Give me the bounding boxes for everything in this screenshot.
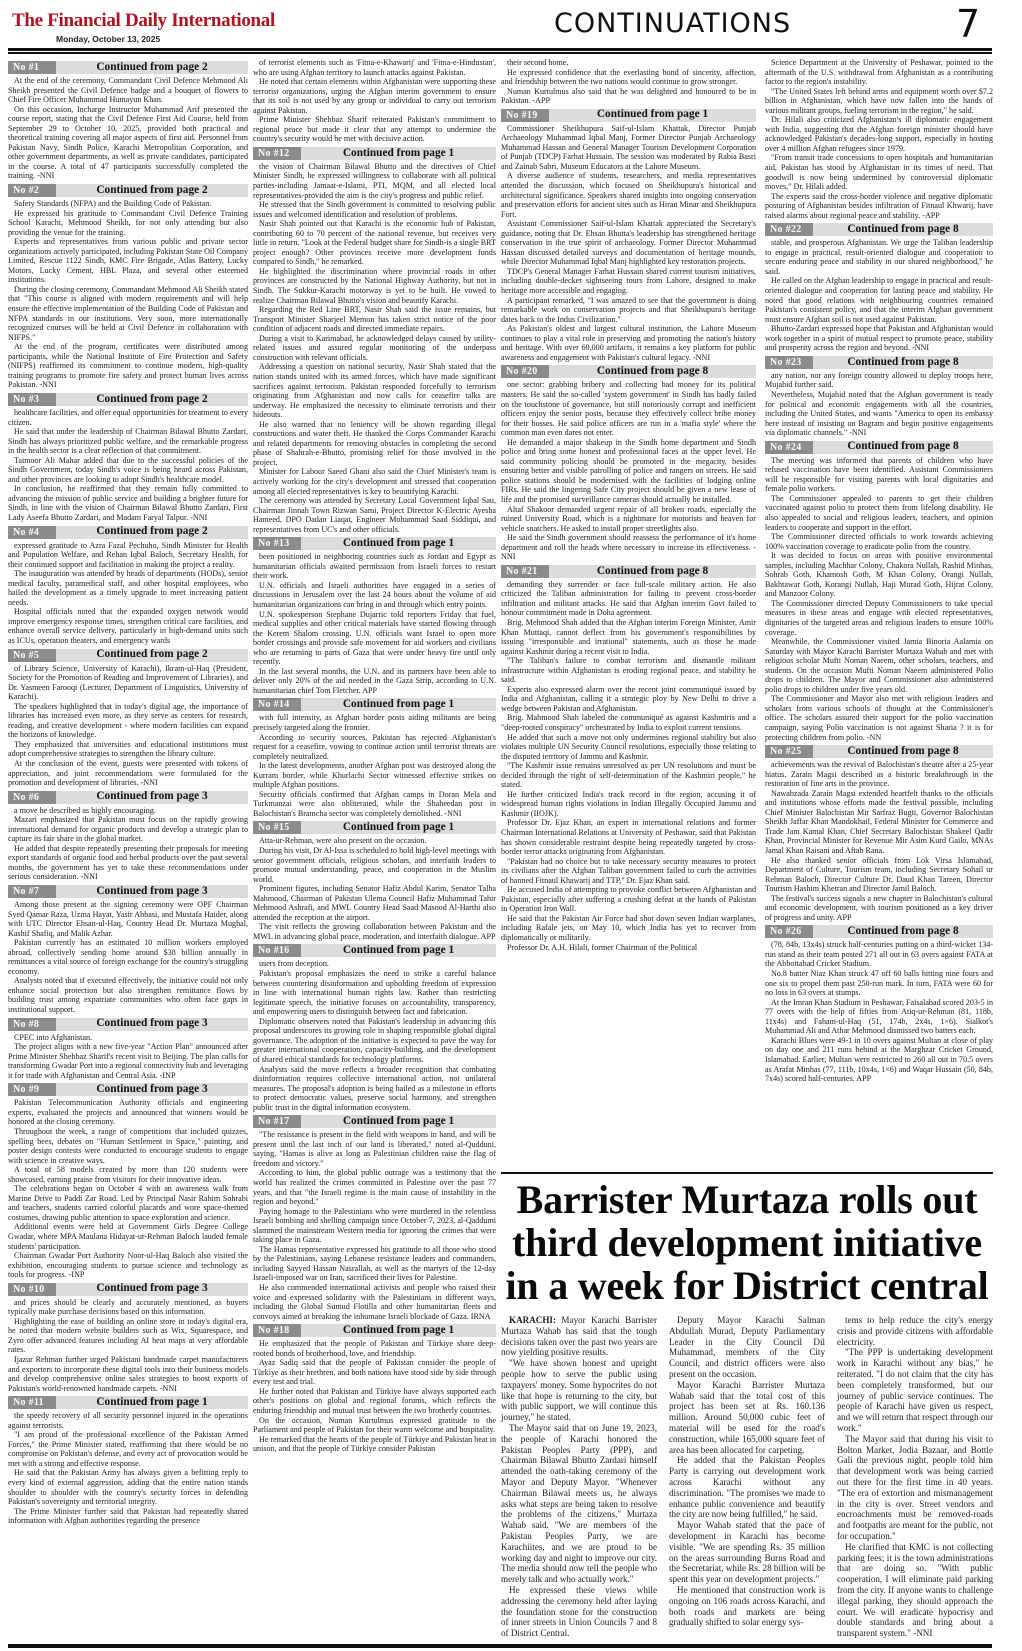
lead-paragraph: "From transit trade concessions to open … [765, 153, 993, 191]
continuation-header: No #16Continued from page 1 [253, 944, 496, 957]
lead-paragraph: "The United States left behind arms and … [765, 87, 993, 116]
article-paragraph: demanding they surrender or face full-sc… [501, 580, 756, 618]
article-paragraph: with full intensity, as Afghan border po… [253, 713, 496, 732]
continuation-header: No #17Continued from page 1 [253, 1115, 496, 1128]
continuation-number: No #6 [8, 791, 56, 804]
article-paragraph: and prices should be clearly and accurat… [8, 1298, 248, 1317]
article-paragraph: Brig. Mahmood Shah labeled the communiqu… [501, 713, 756, 732]
continued-from-label: Continued from page 8 [813, 358, 993, 368]
lead-paragraph: He noted that certain elements within Af… [253, 77, 496, 115]
article-paragraph: He also warned that no leniency will be … [253, 420, 496, 468]
lead-paragraph: The experts said the cross-border violen… [765, 192, 993, 221]
continuation-header: No #5Continued from page 2 [8, 649, 248, 662]
article-paragraph: Hospital officials noted that the expand… [8, 607, 248, 645]
lead-paragraph: Numan Kurtulmus also said that he was de… [501, 87, 756, 106]
article-paragraph: "I am proud of the professional excellen… [8, 1430, 248, 1468]
story-paragraph: Mayor Karachi Barrister Murtaza Wahab sa… [669, 1380, 825, 1456]
continued-from-label: Continued from page 3 [56, 792, 248, 802]
article-paragraph: During a visit to Karimabad, he acknowle… [253, 334, 496, 363]
continuation-number: No #15 [253, 821, 301, 834]
article-paragraph: Nasir Shah pointed out that Karachi is t… [253, 219, 496, 267]
article-paragraph: He highlighted the discrimination where … [253, 267, 496, 305]
continuation-number: No #2 [8, 184, 56, 197]
continuation-number: No #21 [501, 565, 549, 578]
article-paragraph: A diverse audience of students, research… [501, 171, 756, 219]
article-paragraph: the speedy recovery of all security pers… [8, 1411, 248, 1430]
continued-from-label: Continued from page 1 [301, 1326, 496, 1336]
lead-paragraph: of terrorist elements such as 'Fitna-e-K… [253, 58, 496, 77]
continued-from-label: Continued from page 2 [56, 186, 248, 196]
continued-from-label: Continued from page 1 [301, 539, 496, 549]
article-paragraph: In conclusion, he reaffirmed that they r… [8, 484, 248, 522]
continued-from-label: Continued from page 1 [301, 149, 496, 159]
story-paragraph: He mentioned that construction work is o… [669, 1585, 825, 1628]
continuation-header: No #19Continued from page 1 [501, 109, 756, 122]
article-paragraph: U.N. officials and Israeli authorities h… [253, 581, 496, 610]
continuation-number: No #17 [253, 1115, 301, 1128]
article-paragraph: Among those present at the signing cerem… [8, 900, 248, 938]
article-paragraph: Altaf Shakoor demanded urgent repair of … [501, 505, 756, 534]
article-paragraph: "Pakistan had no choice but to take nece… [501, 857, 756, 886]
article-paragraph: Additional events were held at Governmen… [8, 1222, 248, 1251]
article-paragraph: Pakistan currently has an estimated 10 m… [8, 938, 248, 976]
article-paragraph: one sector: grabbing bribery and collect… [501, 380, 756, 437]
continuation-header: No #3Continued from page 2 [8, 393, 248, 406]
article-paragraph: Security officials confirmed that Afghan… [253, 790, 496, 819]
article-paragraph: "The Taliban's failure to combat terrori… [501, 656, 756, 685]
article-paragraph: Mazari emphasized that Pakistan must foc… [8, 815, 248, 844]
article-paragraph: Assistant Commissioner Saif-ul-Islam Kha… [501, 219, 756, 267]
article-paragraph: He said that the Pakistan Air Force had … [501, 914, 756, 943]
article-paragraph: Analysts said the move reflects a broade… [253, 1065, 496, 1113]
continued-from-label: Continued from page 3 [56, 887, 248, 897]
continuation-number: No #5 [8, 649, 56, 662]
article-paragraph: At the end of the program, certificates … [8, 342, 248, 390]
article-paragraph: stable, and prosperous Afghanistan. We u… [765, 238, 993, 276]
continuation-header: No #26Continued from page 8 [765, 925, 993, 938]
article-paragraph: According to him, the global public outr… [253, 1168, 496, 1206]
continuation-number: No #18 [253, 1324, 301, 1337]
story-paragraph: The Mayor said that during his visit to … [837, 1434, 993, 1542]
continued-from-label: Continued from page 8 [549, 367, 756, 377]
article-paragraph: He added that despite repeatedly present… [8, 844, 248, 882]
continuation-header: No #18Continued from page 1 [253, 1324, 496, 1337]
article-paragraph: On the occasion, Numan Kurtulmus express… [253, 1416, 496, 1435]
article-paragraph: users from deception. [253, 959, 496, 969]
article-paragraph: The Hamas representative expressed his g… [253, 1245, 496, 1283]
article-paragraph: The project aligns with a new five-year … [8, 1042, 248, 1080]
column-4: Science Department at the University of … [765, 58, 993, 1084]
continuation-header: No #10Continued from page 3 [8, 1283, 248, 1296]
continued-from-label: Continued from page 8 [549, 567, 756, 577]
article-paragraph: the vision of Chairman Bilawal Bhutto an… [253, 162, 496, 200]
article-paragraph: any nation, nor any foreign country allo… [765, 371, 993, 390]
article-paragraph: expressed gratitude to Azra Fazal Pechuh… [8, 541, 248, 570]
article-paragraph: He accused India of attempting to provok… [501, 885, 756, 914]
continuation-number: No #12 [253, 147, 301, 160]
continued-from-label: Continued from page 1 [549, 110, 756, 120]
article-paragraph: Regarding the Red Line BRT, Nasir Shah s… [253, 305, 496, 334]
masthead: The Financial Daily International Monday… [0, 0, 1022, 48]
lead-paragraph: their second home. [501, 58, 756, 68]
article-paragraph: They emphasized that universities and ed… [8, 740, 248, 759]
article-paragraph: The Commissioner appealed to parents to … [765, 494, 993, 532]
article-paragraph: He said the Sindh government should reas… [501, 533, 756, 562]
continuation-number: No #26 [765, 925, 813, 938]
article-paragraph: "The resistance is present in the field … [253, 1130, 496, 1168]
continuation-number: No #25 [765, 745, 813, 758]
continuation-header: No #1Continued from page 2 [8, 61, 248, 74]
article-paragraph: He expressed his gratitude to Commandant… [8, 209, 248, 238]
continuation-header: No #24Continued from page 8 [765, 441, 993, 454]
article-paragraph: No.8 batter Niaz Khan struck 47 off 60 b… [765, 969, 993, 998]
continued-from-label: Continued from page 3 [56, 1019, 248, 1029]
article-paragraph: Analysts noted that if executed effectiv… [8, 976, 248, 1014]
story-paragraph: Deputy Mayor Karachi Salman Abdullah Mur… [669, 1315, 825, 1380]
article-paragraph: Bhutto-Zardari expressed hope that Pakis… [765, 324, 993, 353]
continuation-header: No #6Continued from page 3 [8, 791, 248, 804]
continued-from-label: Continued from page 8 [813, 225, 993, 235]
story-paragraph: KARACHI: Mayor Karachi Barrister Murtaza… [501, 1315, 657, 1358]
article-paragraph: The celebrations began on October 4 with… [8, 1184, 248, 1222]
issue-date: Monday, October 13, 2025 [56, 34, 160, 44]
article-paragraph: Taimoor Ali Mahar added that due to the … [8, 456, 248, 485]
continued-from-label: Continued from page 2 [56, 63, 248, 73]
article-paragraph: Highlighting the ease of building an onl… [8, 1317, 248, 1355]
continued-from-label: Continued from page 1 [301, 823, 496, 833]
article-paragraph: The Prime Minister further said that Pak… [8, 1507, 248, 1526]
continuation-number: No #1 [8, 61, 56, 74]
article-paragraph: Pakistan's proposal emphasizes the need … [253, 969, 496, 1017]
feature-story-body: KARACHI: Mayor Karachi Barrister Murtaza… [501, 1315, 993, 1639]
article-paragraph: The Commissioner directed officials to w… [765, 532, 993, 551]
continuation-header: No #22Continued from page 8 [765, 223, 993, 236]
continuation-number: No #13 [253, 537, 301, 550]
article-paragraph: In the latest developments, another Afgh… [253, 761, 496, 790]
lead-paragraph: Dr. Hilali also criticized Afghanistan's… [765, 115, 993, 153]
continued-from-label: Continued from page 1 [301, 946, 496, 956]
article-paragraph: The festival's success signals a new cha… [765, 894, 993, 923]
article-paragraph: Experts and representatives from various… [8, 237, 248, 285]
article-paragraph: He remarked that the hearts of the peopl… [253, 1435, 496, 1454]
continued-from-label: Continued from page 1 [301, 1117, 496, 1127]
article-paragraph: The meeting was informed that parents of… [765, 456, 993, 494]
article-paragraph: Nawabzada Zarain Magsi extended heartfel… [765, 789, 993, 856]
article-paragraph: The inauguration was attended by heads o… [8, 569, 248, 607]
story-paragraph: The Mayor said that on June 19, 2023, th… [501, 1423, 657, 1585]
article-paragraph: Diplomatic observers noted that Pakistan… [253, 1017, 496, 1065]
article-paragraph: Pakistan Telecommunication Authority off… [8, 1098, 248, 1127]
continuation-number: No #14 [253, 698, 301, 711]
dateline: KARACHI: [509, 1315, 556, 1325]
article-paragraph: A participant remarked, "I was amazed to… [501, 296, 756, 325]
article-paragraph: Professor Dr. Ejaz Khan, an expert in in… [501, 818, 756, 856]
continuation-header: No #4Continued from page 2 [8, 526, 248, 539]
article-paragraph: Minister for Labour Saeed Ghani also sai… [253, 467, 496, 496]
continuation-number: No #4 [8, 526, 56, 539]
lead-paragraph: Science Department at the University of … [765, 58, 993, 87]
article-paragraph: According to security sources, Pakistan … [253, 733, 496, 762]
article-paragraph: Ayaz Sadiq said that the people of Pakis… [253, 1358, 496, 1387]
article-paragraph: He further noted that Pakistan and Türki… [253, 1387, 496, 1416]
article-paragraph: The ceremony was attended by Secretary L… [253, 496, 496, 534]
article-paragraph: At the Imran Khan Stadium in Peshawar, F… [765, 998, 993, 1036]
article-paragraph: Addressing a question on national securi… [253, 362, 496, 419]
story-paragraph: He clarified that KMC is not collecting … [837, 1542, 993, 1639]
article-paragraph: The speakers highlighted that in today's… [8, 702, 248, 740]
continued-from-label: Continued from page 2 [56, 395, 248, 405]
article-paragraph: The visit reflects the growing collabora… [253, 922, 496, 941]
article-paragraph: Paying homage to the Palestinians who we… [253, 1207, 496, 1245]
continuation-header: No #7Continued from page 3 [8, 885, 248, 898]
article-paragraph: Karachi Blues were 49-1 in 10 overs agai… [765, 1036, 993, 1084]
continuation-header: No #12Continued from page 1 [253, 147, 496, 160]
article-paragraph: healthcare facilities, and offer equal o… [8, 408, 248, 427]
article-paragraph: of Library Science, University of Karach… [8, 664, 248, 702]
feature-headline: Barrister Murtaza rolls out third develo… [501, 1178, 993, 1307]
article-paragraph: On this occasion, Incharge Instructor Mu… [8, 105, 248, 181]
article-paragraph: He also commended international activist… [253, 1283, 496, 1321]
article-paragraph: During the closing ceremony, Commandant … [8, 285, 248, 342]
continued-from-label: Continued from page 2 [56, 527, 248, 537]
headline-divider [501, 1172, 993, 1174]
article-paragraph: been positioned in neighboring countries… [253, 552, 496, 581]
article-paragraph: TDCP's General Manager Farhat Hussain sh… [501, 267, 756, 296]
continuation-header: No #15Continued from page 1 [253, 821, 496, 834]
article-paragraph: He demanded a major shakeup in the Sindh… [501, 438, 756, 505]
continuation-number: No #16 [253, 944, 301, 957]
article-paragraph: During his visit, Dr Al-Issa is schedule… [253, 846, 496, 884]
story-column: Deputy Mayor Karachi Salman Abdullah Mur… [669, 1315, 825, 1639]
story-paragraph: tems to help reduce the city's energy cr… [837, 1315, 993, 1347]
continuation-header: No #25Continued from page 8 [765, 745, 993, 758]
article-paragraph: He added that such a move not only under… [501, 733, 756, 762]
story-column: KARACHI: Mayor Karachi Barrister Murtaza… [501, 1315, 657, 1639]
article-paragraph: At the conclusion of the event, guests w… [8, 759, 248, 788]
article-paragraph: He emphasized that the people of Pakista… [253, 1339, 496, 1358]
continued-from-label: Continued from page 1 [56, 1398, 248, 1408]
article-paragraph: Nevertheless, Mujahid noted that the Afg… [765, 390, 993, 438]
page-section-title: CONTINUATIONS [554, 8, 791, 39]
lead-paragraph: Prime Minister Shehbaz Sharif reiterated… [253, 115, 496, 144]
continuation-number: No #3 [8, 393, 56, 406]
story-paragraph: "We have shown honest and upright people… [501, 1358, 657, 1423]
continuation-number: No #20 [501, 365, 549, 378]
continuation-header: No #23Continued from page 8 [765, 356, 993, 369]
article-paragraph: It was decided to focus on areas with po… [765, 551, 993, 599]
continued-from-label: Continued from page 1 [301, 700, 496, 710]
bottom-divider [8, 1644, 992, 1648]
article-paragraph: Ijazur Rehman further urged Pakistani ha… [8, 1355, 248, 1393]
newspaper-name: The Financial Daily International [12, 10, 275, 32]
continuation-number: No #7 [8, 885, 56, 898]
column-2: of terrorist elements such as 'Fitna-e-K… [253, 58, 496, 1454]
continued-from-label: Continued from page 3 [56, 1284, 248, 1294]
column-1: No #1Continued from page 2At the end of … [8, 58, 248, 1526]
article-paragraph: a move he described as highly encouragin… [8, 806, 248, 816]
continued-from-label: Continued from page 8 [813, 747, 993, 757]
story-column: tems to help reduce the city's energy cr… [837, 1315, 993, 1639]
article-paragraph: He stressed that the Sindh government is… [253, 200, 496, 219]
article-paragraph: He also thanked senior officials from Lo… [765, 856, 993, 894]
article-paragraph: Prominent figures, including Senator Haf… [253, 884, 496, 922]
lead-paragraph: He expressed confidence that the everlas… [501, 68, 756, 87]
continued-from-label: Continued from page 2 [56, 650, 248, 660]
story-paragraph: Mayor Wahab stated that the pace of deve… [669, 1520, 825, 1585]
article-paragraph: He called on the Afghan leadership to en… [765, 276, 993, 324]
article-paragraph: Chairman Gwadar Port Authority Noor-ul-H… [8, 1251, 248, 1280]
continuation-number: No #9 [8, 1083, 56, 1096]
story-paragraph: He added that the Pakistan Peoples Party… [669, 1455, 825, 1520]
column-3: their second home.He expressed confidenc… [501, 58, 756, 952]
continuation-header: No #11Continued from page 1 [8, 1396, 248, 1409]
article-paragraph: (78, 84b, 13x4s) struck half-centuries p… [765, 940, 993, 969]
continuation-number: No #19 [501, 109, 549, 122]
article-paragraph: "The Kashmir issue remains unresolved as… [501, 761, 756, 790]
article-paragraph: U.N. spokesperson Stephane Dujarric told… [253, 610, 496, 667]
continued-from-label: Continued from page 8 [813, 927, 993, 937]
article-paragraph: He said that under the leadership of Cha… [8, 427, 248, 456]
article-paragraph: A total of 58 models created by more tha… [8, 1165, 248, 1184]
article-paragraph: He said that the Pakistan Army has alway… [8, 1468, 248, 1506]
continuation-header: No #13Continued from page 1 [253, 537, 496, 550]
continuation-header: No #2Continued from page 2 [8, 184, 248, 197]
story-paragraph: He expressed these views while addressin… [501, 1585, 657, 1639]
feature-story: Barrister Murtaza rolls out third develo… [501, 1172, 993, 1639]
continued-from-label: Continued from page 8 [813, 442, 993, 452]
article-paragraph: The Commissioner directed Deputy Commiss… [765, 599, 993, 637]
continuation-number: No #23 [765, 356, 813, 369]
continuation-number: No #10 [8, 1283, 56, 1296]
page-number: 7 [956, 2, 980, 46]
top-divider [8, 48, 992, 54]
article-paragraph: Commissioner Sheikhupura Saif-ul-Islam K… [501, 124, 756, 172]
article-paragraph: At the end of the ceremony, Commandant C… [8, 76, 248, 105]
continuation-number: No #22 [765, 223, 813, 236]
article-paragraph: achievements was the revival of Balochis… [765, 760, 993, 789]
article-paragraph: In the last several months, the U.N. and… [253, 667, 496, 696]
continuation-header: No #8Continued from page 3 [8, 1018, 248, 1031]
article-paragraph: Safety Standards (NFPA) and the Building… [8, 199, 248, 209]
article-paragraph: The Commissioner and Mayor also met with… [765, 694, 993, 742]
article-paragraph: CPEC into Afghanistan. [8, 1033, 248, 1043]
article-paragraph: He further criticized India's track reco… [501, 790, 756, 819]
continuation-number: No #11 [8, 1396, 56, 1409]
continuation-header: No #21Continued from page 8 [501, 565, 756, 578]
continuation-header: No #20Continued from page 8 [501, 365, 756, 378]
continuation-number: No #24 [765, 441, 813, 454]
article-paragraph: As Pakistan's oldest and largest cultura… [501, 324, 756, 362]
article-paragraph: Brig. Mehmood Shah added that the Afghan… [501, 618, 756, 656]
continuation-header: No #9Continued from page 3 [8, 1083, 248, 1096]
continued-from-label: Continued from page 3 [56, 1085, 248, 1095]
article-paragraph: Professor Dr. A.H. Hilali, former Chairm… [501, 943, 756, 953]
article-paragraph: Meanwhile, the Commissioner visited Jami… [765, 637, 993, 694]
story-paragraph: "The PPP is undertaking development work… [837, 1347, 993, 1433]
continuation-number: No #8 [8, 1018, 56, 1031]
continuation-header: No #14Continued from page 1 [253, 698, 496, 711]
article-paragraph: Atta-ur-Rehman, were also present on the… [253, 836, 496, 846]
article-paragraph: Throughout the week, a range of competit… [8, 1127, 248, 1165]
article-paragraph: Experts also expressed alarm over the re… [501, 685, 756, 714]
